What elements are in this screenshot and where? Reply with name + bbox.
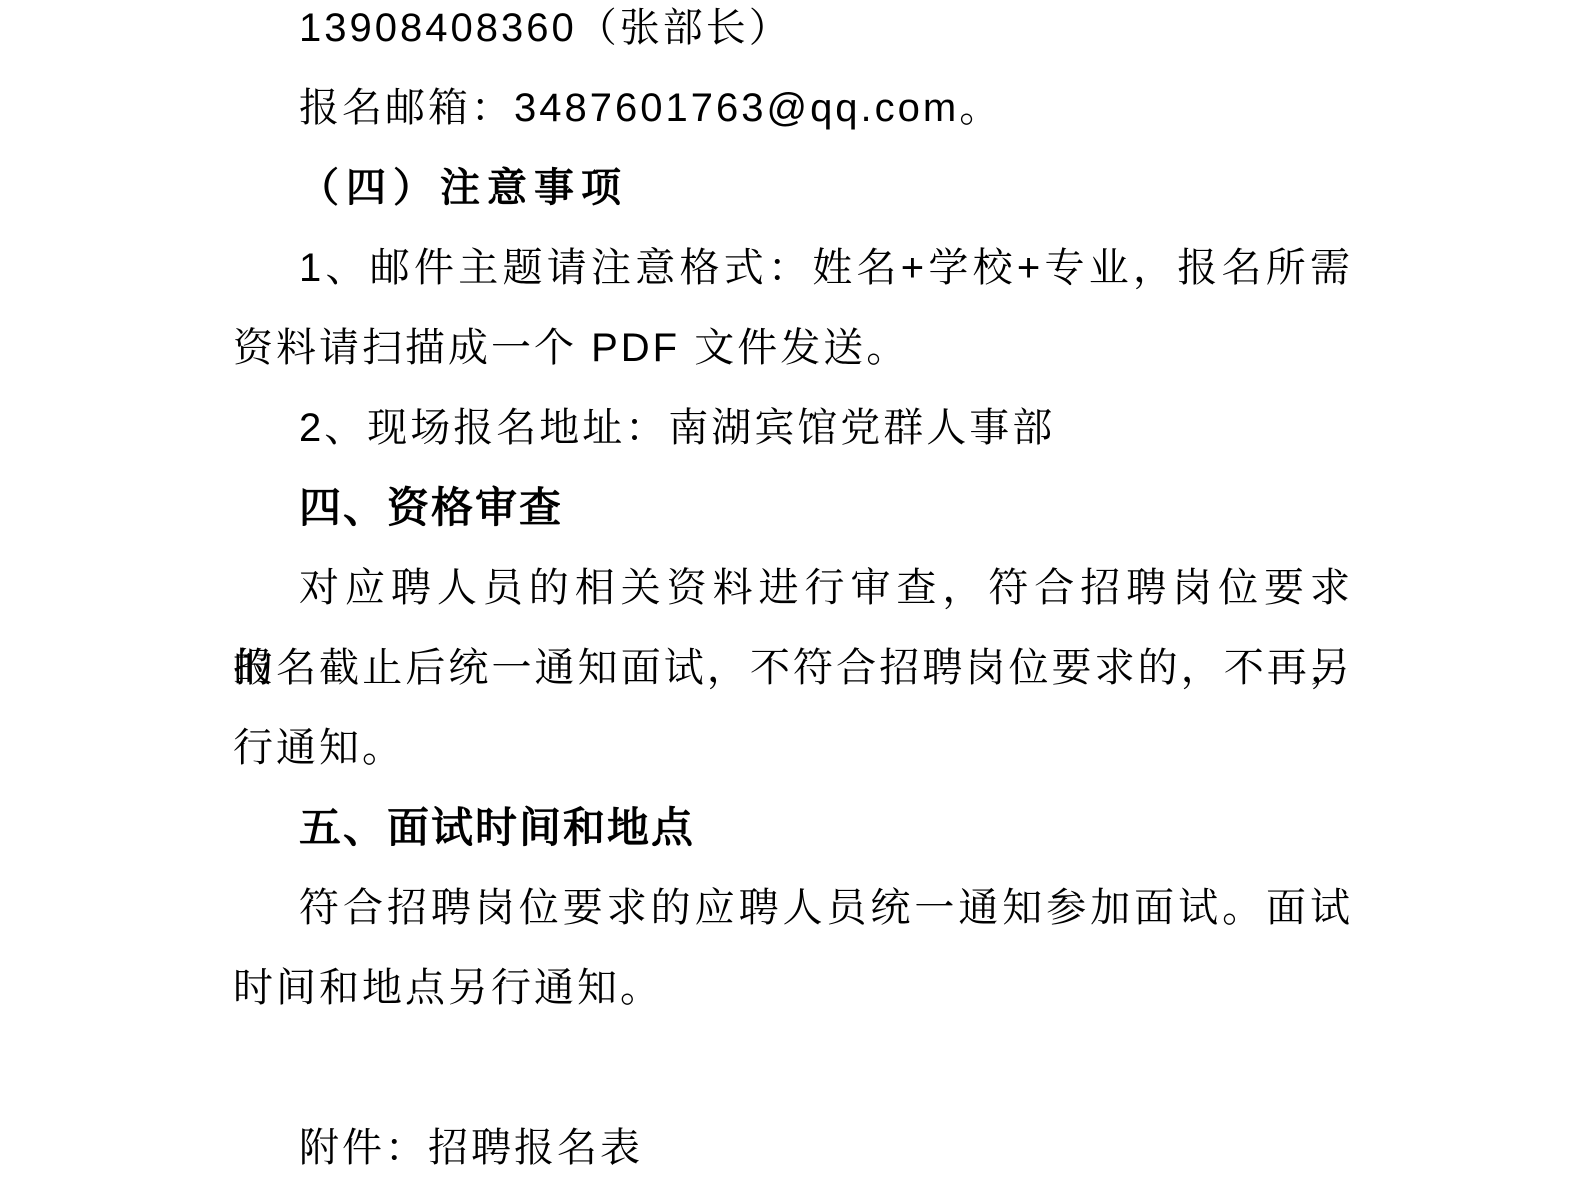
line-note-2: 2、现场报名地址：南湖宾馆党群人事部 [233,388,1353,468]
line-interview-1: 符合招聘岗位要求的应聘人员统一通知参加面试。面试 [233,868,1353,948]
line-review-2: 报名截止后统一通知面试，不符合招聘岗位要求的，不再另 [233,628,1353,708]
line-contact-phone: 13908408360（张部长） [233,0,1353,68]
line-note-1-continued: 资料请扫描成一个 PDF 文件发送。 [233,308,1353,388]
blank-paragraph [233,1028,1353,1108]
line-attachment: 附件：招聘报名表 [233,1108,1353,1182]
line-note-1: 1、邮件主题请注意格式：姓名+学校+专业，报名所需 [233,228,1353,308]
heading-notes: （四）注意事项 [233,148,1353,228]
document-page: 13908408360（张部长） 报名邮箱：3487601763@qq.com。… [233,0,1353,1182]
line-registration-email: 报名邮箱：3487601763@qq.com。 [233,68,1353,148]
line-interview-2: 时间和地点另行通知。 [233,948,1353,1028]
heading-qualification-review: 四、资格审查 [233,468,1353,548]
heading-interview-time-place: 五、面试时间和地点 [233,788,1353,868]
line-review-3: 行通知。 [233,708,1353,788]
line-review-1: 对应聘人员的相关资料进行审查，符合招聘岗位要求的， [233,548,1353,628]
